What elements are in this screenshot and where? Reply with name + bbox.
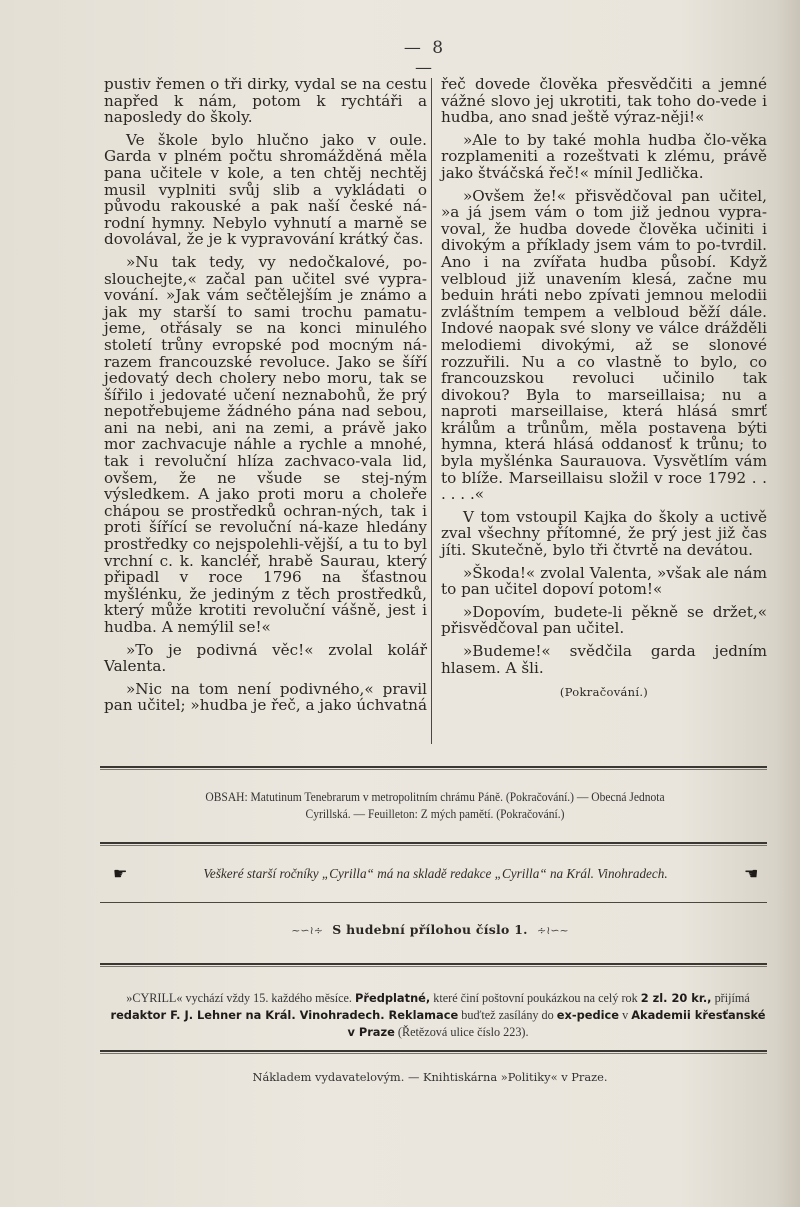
paragraph: »To je podivná věc!« zvolal kolář Valent… [104,642,427,675]
table-of-contents: OBSAH: Matutinum Tenebrarum v metropolit… [133,789,738,823]
imprint-text: které činí poštovní poukázkou na celý ro… [433,991,637,1005]
left-column: pustiv řemen o tři dirky, vydal se na ce… [104,76,427,714]
section-rule [100,842,767,846]
contents-line: Cyrillská. — Feuilleton: Z mých pamětí. … [133,806,738,823]
notice-text: Veškeré starší ročníky „Cyrilla“ má na s… [203,866,667,882]
ornament-right-icon: ∻≀∽~ [537,924,569,937]
paragraph: »Ale to by také mohla hudba člo-věka roz… [441,132,767,182]
right-column: řeč dovede člověka přesvědčiti a jemné v… [441,76,767,701]
imprint-text: (Řetězová ulice číslo 223). [398,1025,529,1039]
ornament-left-icon: ~∽≀∻ [291,924,323,937]
paragraph: řeč dovede člověka přesvědčiti a jemné v… [441,76,767,126]
imprint-bold: 2 zl. 20 kr., [641,991,712,1005]
imprint-text: přijímá [715,991,750,1005]
publisher-line: Nákladem vydavatelovým. — Knihtiskárna »… [150,1070,710,1084]
paragraph: »Ovšem že!« přisvědčoval pan učitel, »a … [441,188,767,503]
section-rule [100,766,767,770]
paragraph: pustiv řemen o tři dirky, vydal se na ce… [104,76,427,126]
paragraph: »Budeme!« svědčila garda jedním hlasem. … [441,643,767,676]
imprint-text: buďtež zasílány do [461,1008,553,1022]
section-rule [100,963,767,967]
section-rule [100,1050,767,1054]
subscription-imprint: »CYRILL« vychází vždy 15. každého měsíce… [108,990,768,1041]
continuation-note: (Pokračování.) [441,684,767,701]
pointing-hand-right-icon: ☛ [113,864,127,884]
supplement-text: S hudební přílohou číslo 1. [332,922,528,937]
pointing-hand-left-icon: ☛ [744,864,758,884]
column-divider [431,78,432,744]
paragraph: Ve škole bylo hlučno jako v oule. Garda … [104,132,427,248]
imprint-text: »CYRILL« vychází vždy 15. každého měsíce… [126,991,352,1005]
imprint-bold: redaktor F. J. Lehner na Král. Vinohrade… [110,1008,458,1022]
paragraph: »Nu tak tedy, vy nedočkalové, po-slouche… [104,254,427,636]
section-rule [100,902,767,903]
contents-line: OBSAH: Matutinum Tenebrarum v metropolit… [133,789,738,806]
document-page: — 8 — pustiv řemen o tři dirky, vydal se… [0,0,800,1207]
imprint-text: v [622,1008,628,1022]
imprint-bold: Předplatné, [355,991,430,1005]
back-issues-notice: ☛ Veškeré starší ročníky „Cyrilla“ má na… [113,864,758,884]
page-number: — 8 — [390,38,460,78]
paragraph: »Nic na tom není podivného,« pravil pan … [104,681,427,714]
music-supplement-line: ~∽≀∻ S hudební přílohou číslo 1. ∻≀∽~ [150,922,710,937]
paragraph: »Škoda!« zvolal Valenta, »však ale nám t… [441,565,767,598]
paragraph: »Dopovím, budete-li pěkně se držet,« při… [441,604,767,637]
imprint-bold: ex-pedice [557,1008,619,1022]
paragraph: V tom vstoupil Kajka do školy a uctivě z… [441,509,767,559]
